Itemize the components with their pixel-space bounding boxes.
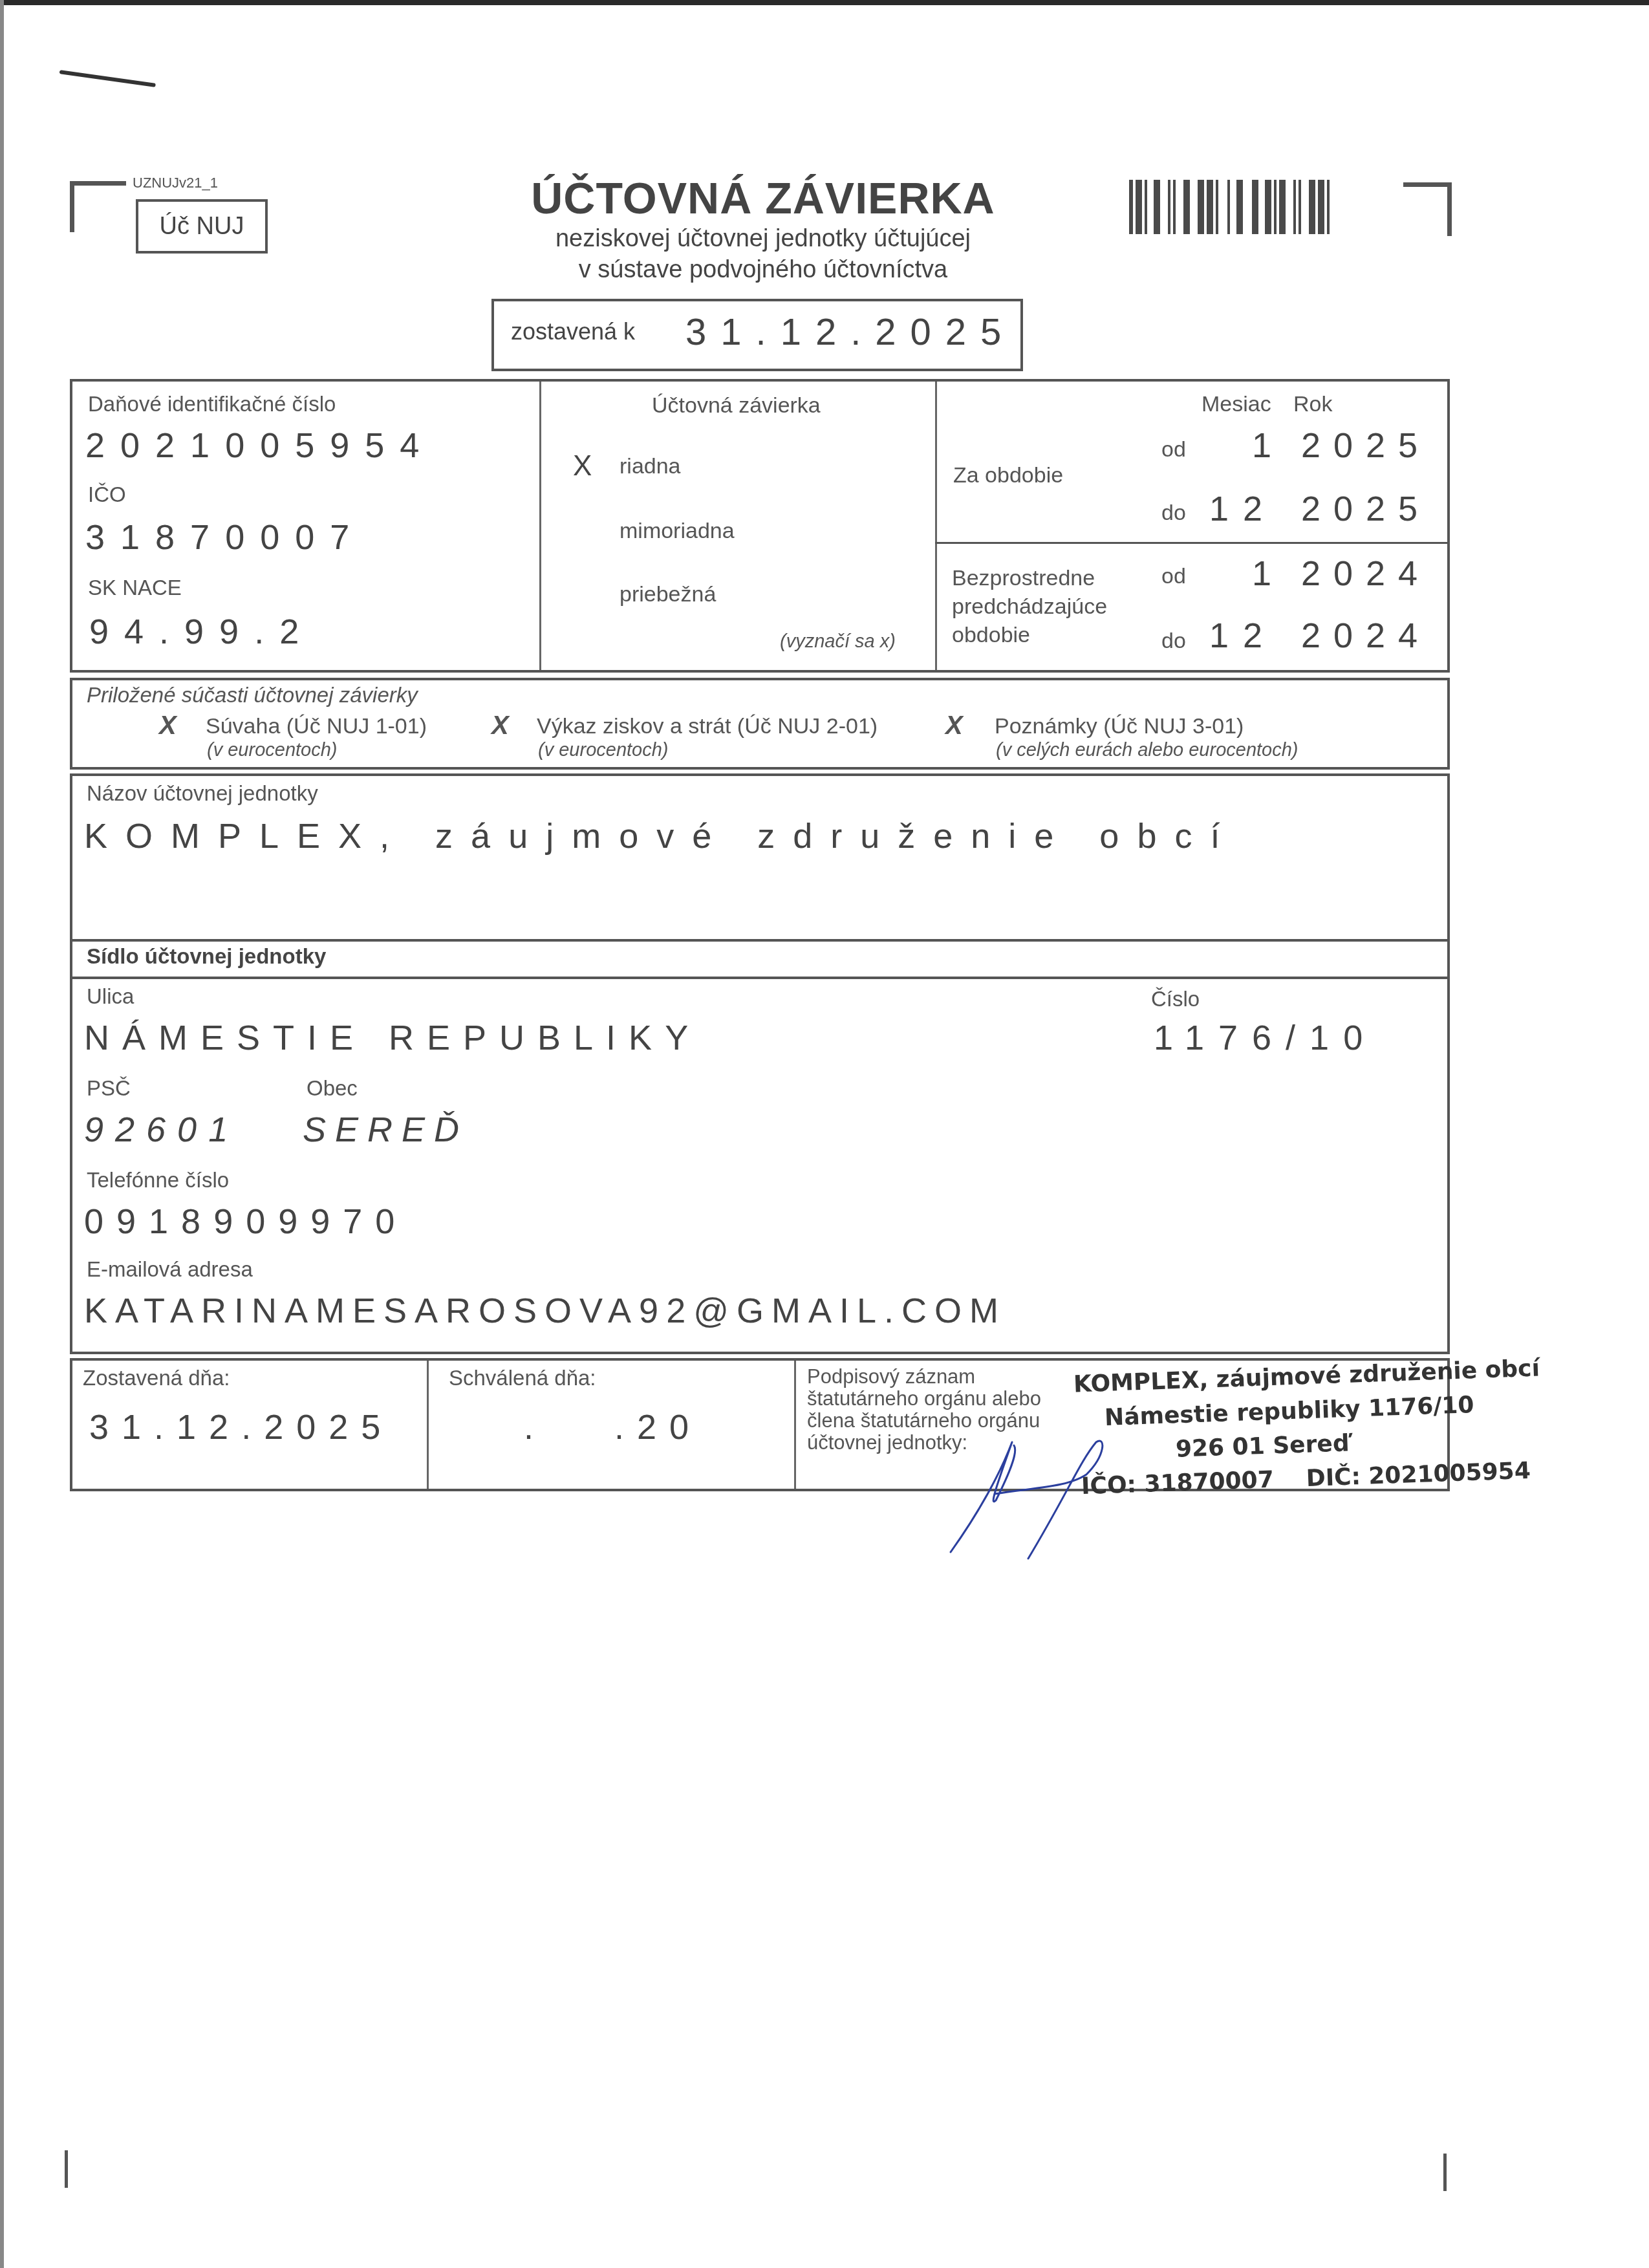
form-badge: Úč NUJ	[136, 199, 268, 254]
divider	[427, 1361, 429, 1489]
previous-period-label-line: predchádzajúce	[952, 592, 1107, 621]
compiled-as-of-label: zostavená k	[511, 318, 635, 345]
compiled-date-value[interactable]: 31.12.2025	[89, 1407, 393, 1447]
closing-type-riadna-checkbox[interactable]: X	[573, 450, 592, 482]
attachment-income-statement-checkbox[interactable]: X	[491, 711, 509, 740]
attachment-balance-note: (v eurocentoch)	[207, 740, 338, 761]
attachments-heading: Priložené súčasti účtovnej závierky	[87, 683, 418, 707]
year-column-label: Rok	[1293, 392, 1332, 417]
registration-corner-top-right	[1403, 182, 1452, 236]
page-subtitle: neziskovej účtovnej jednotky účtujúcej v…	[491, 223, 1035, 285]
current-from-year[interactable]: 2025	[1301, 426, 1430, 466]
previous-period-label: Bezprostredne predchádzajúce obdobie	[952, 564, 1107, 649]
street-label: Ulica	[87, 984, 134, 1009]
email-value[interactable]: KATARINAMESAROSOVA92@GMAIL.COM	[84, 1291, 1006, 1331]
closing-type-priebezna-label[interactable]: priebežná	[620, 582, 716, 607]
handwritten-signature-icon	[938, 1390, 1196, 1565]
compiled-as-of-value[interactable]: 31.12.2025	[685, 310, 1015, 354]
divider	[935, 382, 937, 670]
approved-date-value[interactable]: . .20	[524, 1407, 702, 1447]
closing-type-note: (vyznačí sa x)	[780, 631, 896, 653]
barcode-icon	[1129, 180, 1362, 234]
previous-to-month[interactable]: 12	[1209, 616, 1277, 656]
attachment-notes-note: (v celých eurách alebo eurocentoch)	[996, 740, 1298, 761]
divider	[70, 977, 1450, 979]
email-label: E-mailová adresa	[87, 1257, 253, 1282]
closing-type-heading: Účtovná závierka	[652, 393, 821, 418]
registration-mark-bottom-left	[65, 2150, 68, 2188]
entity-name-value[interactable]: KOMPLEX, záujmové združenie obcí	[84, 816, 1238, 856]
phone-value[interactable]: 0918909970	[84, 1202, 407, 1242]
nace-value[interactable]: 94.99.2	[89, 612, 314, 652]
dic-value[interactable]: 2021005954	[85, 426, 435, 466]
ico-value[interactable]: 31870007	[85, 517, 365, 557]
subtitle-line-2: v sústave podvojného účtovníctva	[491, 254, 1035, 285]
ico-label: IČO	[88, 482, 126, 507]
current-from-label: od	[1161, 437, 1186, 462]
previous-from-month[interactable]: 1	[1252, 554, 1271, 594]
phone-label: Telefónne číslo	[87, 1168, 229, 1193]
divider	[794, 1361, 796, 1489]
divider	[935, 542, 1449, 544]
seat-heading: Sídlo účtovnej jednotky	[87, 944, 326, 969]
compiled-date-label: Zostavená dňa:	[83, 1366, 230, 1390]
registration-mark-bottom-right	[1443, 2154, 1447, 2191]
previous-from-year[interactable]: 2024	[1301, 554, 1430, 594]
city-label: Obec	[307, 1076, 358, 1101]
previous-to-label: do	[1161, 629, 1186, 654]
street-value[interactable]: NÁMESTIE REPUBLIKY	[84, 1018, 701, 1058]
previous-period-label-line: obdobie	[952, 621, 1107, 649]
subtitle-line-1: neziskovej účtovnej jednotky účtujúcej	[491, 223, 1035, 254]
pen-mark	[59, 70, 156, 87]
attachment-notes-label: Poznámky (Úč NUJ 3-01)	[995, 714, 1244, 739]
current-to-label: do	[1161, 501, 1186, 526]
attachment-income-statement-label: Výkaz ziskov a strát (Úč NUJ 2-01)	[537, 714, 878, 739]
registration-corner-top-left	[70, 181, 126, 232]
previous-to-year[interactable]: 2024	[1301, 616, 1430, 656]
dic-label: Daňové identifikačné číslo	[88, 392, 336, 416]
closing-type-riadna-label: riadna	[620, 454, 681, 479]
attachment-income-statement-note: (v eurocentoch)	[538, 740, 669, 761]
current-from-month[interactable]: 1	[1252, 426, 1271, 466]
city-value[interactable]: SEREĎ	[303, 1110, 468, 1150]
psc-value[interactable]: 92601	[84, 1110, 239, 1150]
number-value[interactable]: 1176/10	[1154, 1018, 1377, 1058]
nace-label: SK NACE	[88, 576, 182, 600]
entity-section	[70, 773, 1450, 1354]
form-code: UZNUJv21_1	[133, 175, 218, 191]
divider	[539, 382, 541, 670]
attachment-balance-checkbox[interactable]: X	[159, 711, 177, 740]
current-to-year[interactable]: 2025	[1301, 489, 1430, 529]
number-label: Číslo	[1151, 987, 1200, 1011]
previous-period-label-line: Bezprostredne	[952, 564, 1107, 592]
scan-edge-top	[0, 0, 1649, 5]
current-to-month[interactable]: 12	[1209, 489, 1277, 529]
current-period-label: Za obdobie	[953, 463, 1063, 488]
divider	[70, 939, 1450, 942]
psc-label: PSČ	[87, 1076, 131, 1101]
attachment-notes-checkbox[interactable]: X	[945, 711, 963, 740]
attachment-balance-label: Súvaha (Úč NUJ 1-01)	[206, 714, 427, 739]
signature-label-line: Podpisový záznam	[807, 1366, 1041, 1388]
approved-date-label: Schválená dňa:	[449, 1366, 596, 1390]
scan-edge-left	[0, 0, 4, 2268]
previous-from-label: od	[1161, 564, 1186, 589]
closing-type-mimoriadna-label[interactable]: mimoriadna	[620, 519, 735, 544]
page-title: ÚČTOVNÁ ZÁVIERKA	[491, 173, 1035, 224]
month-column-label: Mesiac	[1202, 392, 1271, 417]
entity-name-label: Názov účtovnej jednotky	[87, 781, 318, 806]
